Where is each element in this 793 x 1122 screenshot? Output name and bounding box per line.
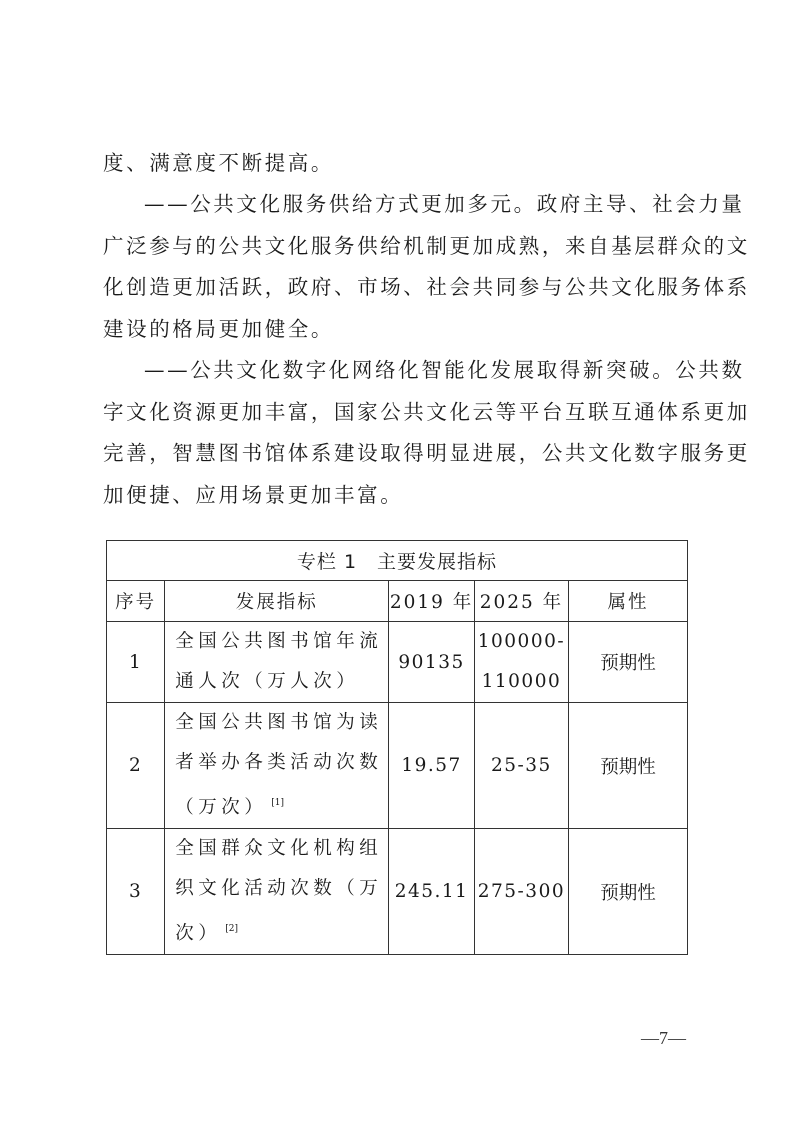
row-attribute: 预期性 xyxy=(569,829,688,955)
indicator-line: 次）[2] xyxy=(175,909,382,954)
indicator-line: （万次）[1] xyxy=(175,783,382,828)
indicator-text: 次） xyxy=(175,923,221,944)
indicator-line: 织文化活动次数（万 xyxy=(175,869,382,909)
text-line: ——公共文化数字化网络化智能化发展取得新突破。公共数 xyxy=(103,350,693,392)
indicator-line: 全国公共图书馆年流 xyxy=(175,622,382,662)
page-number: —7— xyxy=(641,1028,686,1049)
text-line: 建设的格局更加健全。 xyxy=(103,309,693,351)
row-no: 1 xyxy=(107,622,165,703)
indicator-line: 全国群众文化机构组 xyxy=(175,829,382,869)
header-indicator: 发展指标 xyxy=(165,581,389,622)
value-line: 110000 xyxy=(475,662,568,702)
text-line: 度、满意度不断提高。 xyxy=(103,143,693,185)
header-2019: 2019 年 xyxy=(389,581,475,622)
indicator-line: 者举办各类活动次数 xyxy=(175,743,382,783)
row-2019: 245.11 xyxy=(389,829,475,955)
paragraph-digital-breakthrough: ——公共文化数字化网络化智能化发展取得新突破。公共数 字文化资源更加丰富，国家公… xyxy=(103,350,693,516)
table-header-row: 序号 发展指标 2019 年 2025 年 属性 xyxy=(107,581,688,622)
header-no: 序号 xyxy=(107,581,165,622)
development-indicators-table: 专栏 1 主要发展指标 序号 发展指标 2019 年 2025 年 属性 1 全… xyxy=(106,540,688,955)
row-2025: 100000- 110000 xyxy=(474,622,568,703)
header-attribute: 属性 xyxy=(569,581,688,622)
table-row: 3 全国群众文化机构组 织文化活动次数（万 次）[2] 245.11 275-3… xyxy=(107,829,688,955)
row-indicator: 全国公共图书馆年流 通人次（万人次） xyxy=(165,622,389,703)
row-2019: 19.57 xyxy=(389,703,475,829)
table-row: 1 全国公共图书馆年流 通人次（万人次） 90135 100000- 11000… xyxy=(107,622,688,703)
text-line: 广泛参与的公共文化服务供给机制更加成熟，来自基层群众的文 xyxy=(103,226,693,268)
value-line: 100000- xyxy=(475,622,568,662)
table-title: 专栏 1 主要发展指标 xyxy=(107,541,688,581)
footnote-ref: [1] xyxy=(271,798,284,808)
footnote-ref: [2] xyxy=(225,924,238,934)
paragraph-supply-diversified: ——公共文化服务供给方式更加多元。政府主导、社会力量 广泛参与的公共文化服务供给… xyxy=(103,184,693,350)
row-no: 2 xyxy=(107,703,165,829)
row-attribute: 预期性 xyxy=(569,703,688,829)
header-2025: 2025 年 xyxy=(474,581,568,622)
text-line: 完善，智慧图书馆体系建设取得明显进展，公共文化数字服务更 xyxy=(103,433,693,475)
row-indicator: 全国群众文化机构组 织文化活动次数（万 次）[2] xyxy=(165,829,389,955)
text-line: ——公共文化服务供给方式更加多元。政府主导、社会力量 xyxy=(103,184,693,226)
indicator-text: （万次） xyxy=(175,797,267,818)
row-2025: 25-35 xyxy=(474,703,568,829)
text-line: 化创造更加活跃，政府、市场、社会共同参与公共文化服务体系 xyxy=(103,267,693,309)
table-row: 2 全国公共图书馆为读 者举办各类活动次数 （万次）[1] 19.57 25-3… xyxy=(107,703,688,829)
indicator-line: 全国公共图书馆为读 xyxy=(175,703,382,743)
row-2019: 90135 xyxy=(389,622,475,703)
row-no: 3 xyxy=(107,829,165,955)
row-indicator: 全国公共图书馆为读 者举办各类活动次数 （万次）[1] xyxy=(165,703,389,829)
paragraph-closing: 度、满意度不断提高。 xyxy=(103,143,693,185)
text-line: 字文化资源更加丰富，国家公共文化云等平台互联互通体系更加 xyxy=(103,392,693,434)
row-2025: 275-300 xyxy=(474,829,568,955)
indicator-line: 通人次（万人次） xyxy=(175,662,382,702)
row-attribute: 预期性 xyxy=(569,622,688,703)
text-line: 加便捷、应用场景更加丰富。 xyxy=(103,475,693,517)
